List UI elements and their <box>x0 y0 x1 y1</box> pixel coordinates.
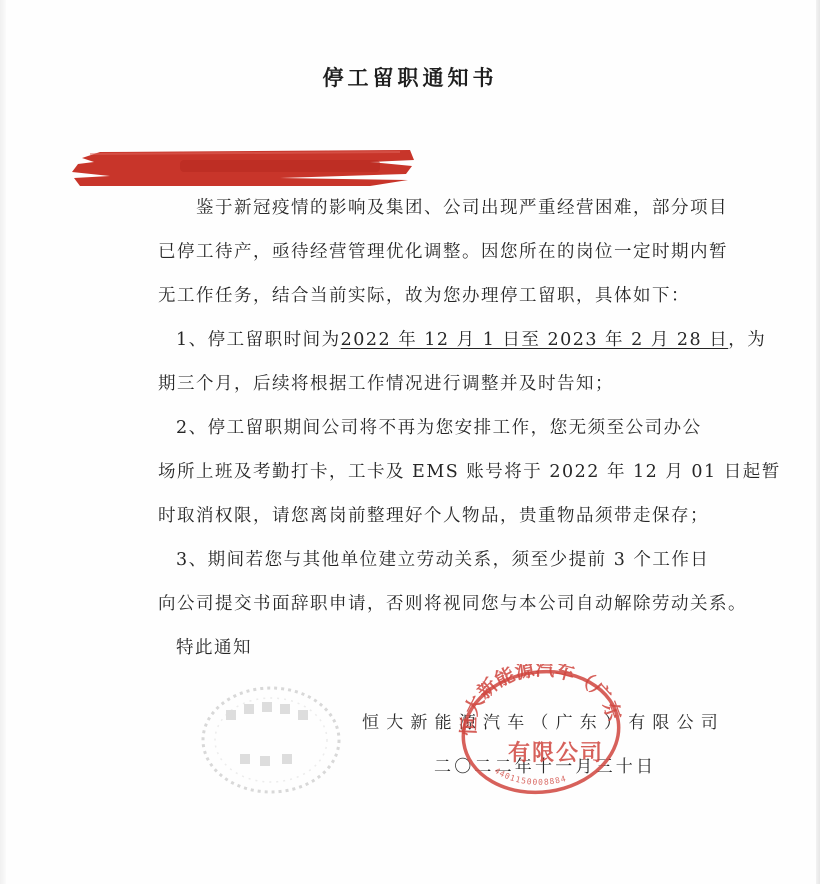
item1-prefix: 1、停工留职时间为 <box>176 330 341 350</box>
document-page: 停工留职通知书 鉴于新冠疫情的影响及集团、公司出现严重经营困难，部分项目 已停工… <box>0 0 820 884</box>
page-left-edge <box>0 0 6 884</box>
intro-line-3: 无工作任务，结合当前实际，故为您办理停工留职，具体如下： <box>158 285 690 307</box>
item2-line-1: 2、停工留职期间公司将不再为您安排工作，您无须至公司办公 <box>176 417 702 439</box>
item1-suffix: ，为 <box>728 330 766 350</box>
document-title: 停工留职通知书 <box>0 62 820 92</box>
item2-line-2: 场所上班及考勤打卡，工卡及 EMS 账号将于 2022 年 12 月 01 日起… <box>158 461 781 483</box>
faint-seal-stamp <box>196 680 346 800</box>
item1-line-2: 期三个月，后续将根据工作情况进行调整并及时告知； <box>158 373 614 395</box>
item3-line-2: 向公司提交书面辞职申请，否则将视同您与本公司自动解除劳动关系。 <box>158 593 747 615</box>
recipient-redaction-mark <box>70 146 418 188</box>
item2-line-3: 时取消权限，请您离岗前整理好个人物品，贵重物品须带走保存； <box>158 505 709 527</box>
closing-text: 特此通知 <box>176 637 252 659</box>
intro-line-2: 已停工待产，亟待经营管理优化调整。因您所在的岗位一定时期内暂 <box>158 241 728 263</box>
item3-line-1: 3、期间若您与其他单位建立劳动关系，须至少提前 3 个工作日 <box>176 549 709 571</box>
page-right-edge <box>816 0 820 884</box>
issue-date: 二〇二二年十一月三十日 <box>434 752 656 777</box>
item1-period-underlined: 2022 年 12 月 1 日至 2023 年 2 月 28 日 <box>341 330 729 350</box>
item1-line-1: 1、停工留职时间为2022 年 12 月 1 日至 2023 年 2 月 28 … <box>176 329 766 351</box>
issuer-company-name: 恒大新能源汽车（广东）有限公司 <box>362 708 725 733</box>
intro-line-1: 鉴于新冠疫情的影响及集团、公司出现严重经营困难，部分项目 <box>196 197 728 219</box>
